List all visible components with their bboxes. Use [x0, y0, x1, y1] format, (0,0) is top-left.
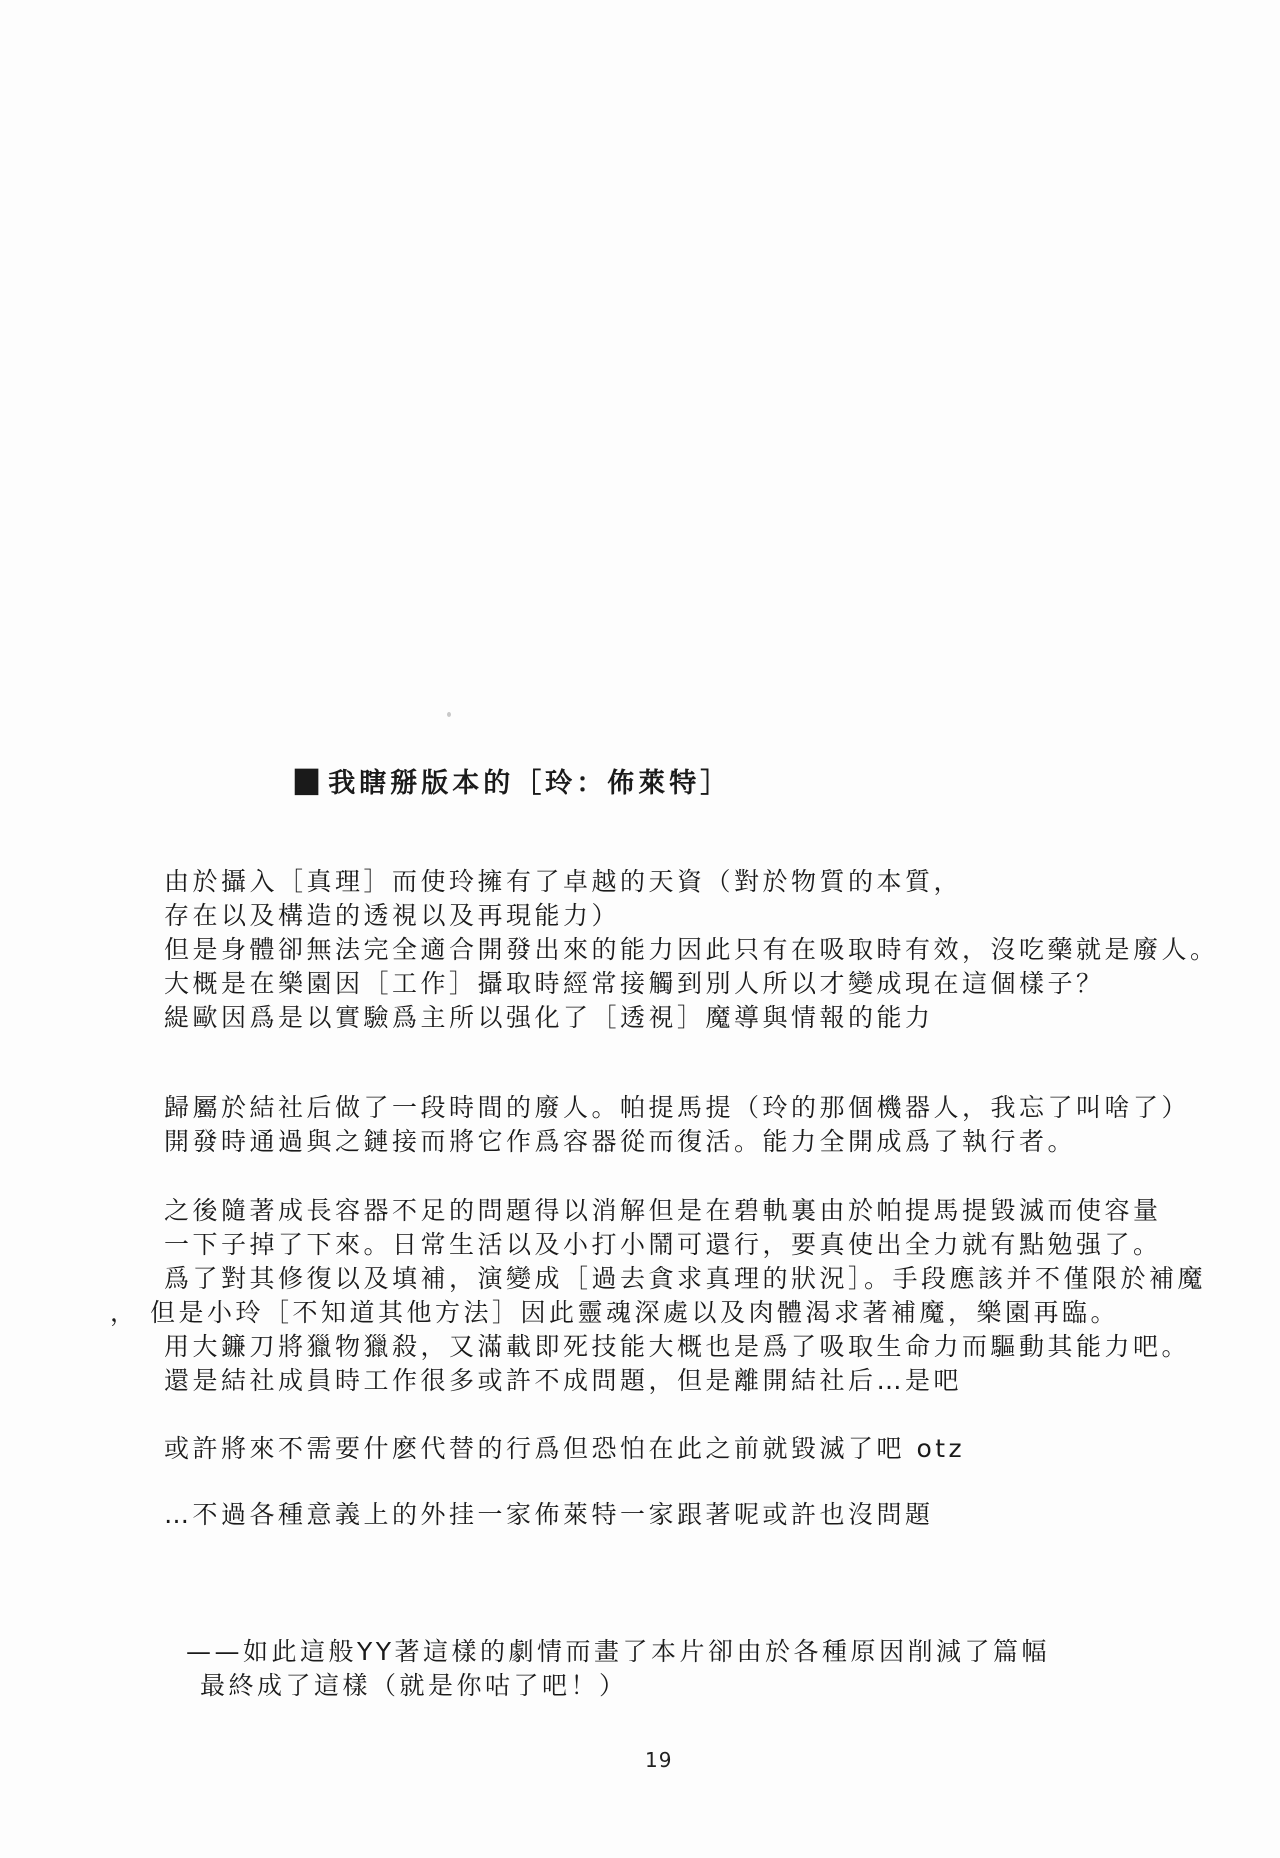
text-line: 一下子掉了下來。日常生活以及小打小鬧可還行，要真使出全力就有點勉强了。 [164, 1228, 1206, 1262]
text-line: 最終成了這樣（就是你咕了吧！） [186, 1669, 1050, 1703]
text-line: 但是身體卻無法完全適合開發出來的能力因此只有在吸取時有效，沒吃藥就是廢人。 [164, 933, 1219, 967]
scanned-page: ■ 我瞎掰版本的［玲：佈萊特］ 由於攝入［真理］而使玲擁有了卓越的天資（對於物質… [0, 0, 1280, 1858]
text-line: 爲了對其修復以及填補，演變成［過去貪求真理的狀況］。手段應該并不僅限於補魔 [164, 1262, 1206, 1296]
scan-artifact-dot [447, 712, 451, 717]
paragraph-growth: 之後隨著成長容器不足的問題得以消解但是在碧軌裏由於帕提馬提毀滅而使容量 一下子掉… [164, 1194, 1206, 1398]
section-title-text: 我瞎掰版本的［玲：佈萊特］ [328, 761, 731, 800]
paragraph-family: …不過各種意義上的外挂一家佈萊特一家跟著呢或許也沒問題 [164, 1498, 934, 1532]
text-line: …不過各種意義上的外挂一家佈萊特一家跟著呢或許也沒問題 [164, 1498, 934, 1532]
text-line: 還是結社成員時工作很多或許不成問題，但是離開結社后…是吧 [164, 1364, 1206, 1398]
text-line: 歸屬於結社后做了一段時間的廢人。帕提馬提（玲的那個機器人，我忘了叫啥了） [164, 1091, 1190, 1125]
text-line: 之後隨著成長容器不足的問題得以消解但是在碧軌裏由於帕提馬提毀滅而使容量 [164, 1194, 1206, 1228]
text-line: 或許將來不需要什麽代替的行爲但恐怕在此之前就毀滅了吧 otz [164, 1432, 965, 1466]
text-line: ， 但是小玲［不知道其他方法］因此靈魂深處以及肉體渴求著補魔，樂園再臨。 [110, 1296, 1206, 1330]
text-line: 存在以及構造的透視以及再現能力） [164, 899, 1219, 933]
paragraph-society: 歸屬於結社后做了一段時間的廢人。帕提馬提（玲的那個機器人，我忘了叫啥了） 開發時… [164, 1091, 1190, 1159]
text-line: 由於攝入［真理］而使玲擁有了卓越的天資（對於物質的本質， [164, 865, 1219, 899]
text-line: ——如此這般YY著這樣的劇情而畫了本片卻由於各種原因削減了篇幅 [186, 1635, 1050, 1669]
text-line: 開發時通過與之鏈接而將它作爲容器從而復活。能力全開成爲了執行者。 [164, 1125, 1190, 1159]
text-line: 大概是在樂園因［工作］攝取時經常接觸到別人所以才變成現在這個樣子？ [164, 967, 1219, 1001]
text-line: 用大鐮刀將獵物獵殺，又滿載即死技能大概也是爲了吸取生命力而驅動其能力吧。 [164, 1330, 1206, 1364]
paragraph-closing: ——如此這般YY著這樣的劇情而畫了本片卻由於各種原因削減了篇幅 最終成了這樣（就… [186, 1635, 1050, 1703]
paragraph-future: 或許將來不需要什麽代替的行爲但恐怕在此之前就毀滅了吧 otz [164, 1432, 965, 1466]
page-number: 19 [645, 1748, 672, 1772]
text-line: 緹歐因爲是以實驗爲主所以强化了［透視］魔導與情報的能力 [164, 1001, 1219, 1035]
black-square-marker: ■ [292, 763, 321, 798]
paragraph-intro: 由於攝入［真理］而使玲擁有了卓越的天資（對於物質的本質， 存在以及構造的透視以及… [164, 865, 1219, 1035]
section-title: ■ 我瞎掰版本的［玲：佈萊特］ [292, 761, 731, 800]
